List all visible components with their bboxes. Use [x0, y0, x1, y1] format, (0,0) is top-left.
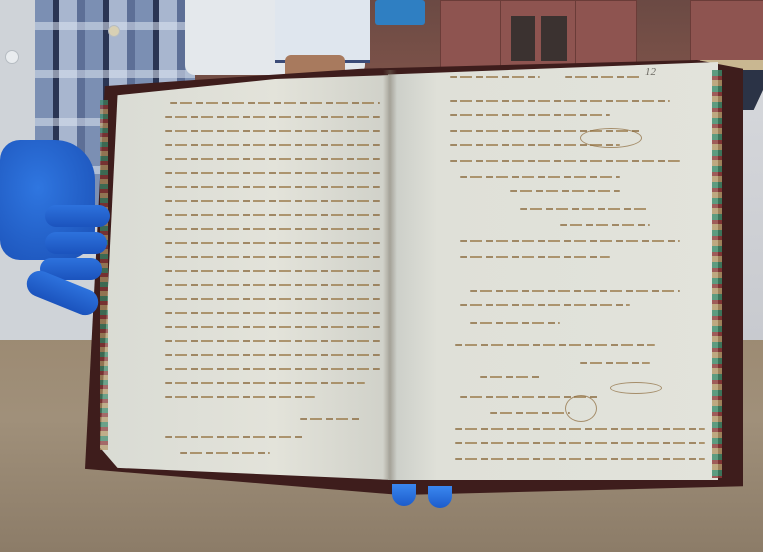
shirt-button: [5, 50, 19, 64]
shirt-sleeve: [275, 0, 370, 63]
blue-storage-box: [375, 0, 425, 25]
glove-finger: [45, 205, 110, 227]
page-number: 12: [645, 66, 656, 78]
shirt-button: [108, 25, 120, 37]
book-spine: [383, 70, 397, 480]
marbled-page-edge: [100, 100, 108, 450]
marbled-page-edge: [712, 70, 722, 478]
right-page: [388, 62, 718, 480]
glove-finger: [45, 232, 107, 254]
photo-scene: 12: [0, 0, 763, 552]
